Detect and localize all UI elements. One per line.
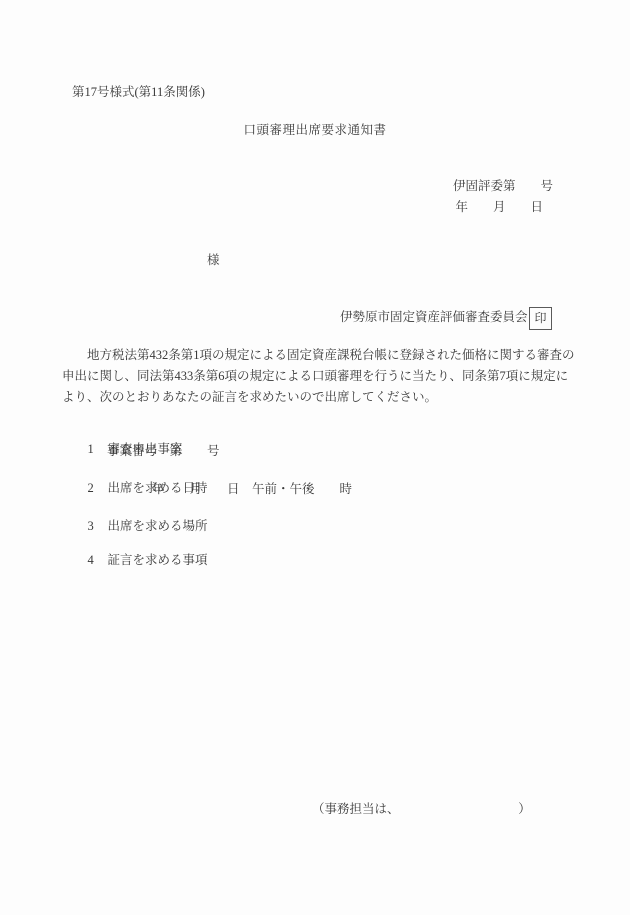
seal-placeholder: 印: [529, 307, 552, 330]
item-4-label: 証言を求める事項: [108, 553, 208, 567]
item-1-number: 1: [88, 442, 108, 457]
case-number-line: 事案番号 第 号: [107, 444, 220, 458]
body-line-2: 申出に関し、同法第433条第6項の規定による口頭審理を行うに当たり、同条第7項に…: [62, 366, 577, 387]
body-paragraph: 地方税法第432条第1項の規定による固定資産課税台帳に登録された価格に関する審査…: [62, 345, 577, 408]
item-4-number: 4: [88, 553, 108, 568]
body-line-3: より、次のとおりあなたの証言を求めたいので出席してください。: [62, 387, 577, 408]
date-line: 年 月 日: [455, 200, 543, 214]
item-3-number: 3: [88, 519, 108, 534]
body-line-1: 地方税法第432条第1項の規定による固定資産課税台帳に登録された価格に関する審査…: [62, 345, 577, 366]
footer-clerk-note: （事務担当は、 ）: [312, 802, 531, 816]
issuer-committee-name: 伊勢原市固定資産評価審査委員会: [340, 310, 528, 324]
item-3-label: 出席を求める場所: [108, 519, 208, 533]
form-number: 第17号様式(第11条関係): [72, 85, 205, 99]
list-item-4: 4証言を求める事項: [75, 535, 208, 583]
reference-number-line: 伊固評委第 号: [453, 179, 553, 193]
document-title: 口頭審理出席要求通知書: [0, 123, 630, 137]
item-2-number: 2: [88, 481, 108, 496]
seal-label: 印: [534, 311, 546, 325]
addressee-honorific: 様: [207, 253, 220, 267]
datetime-blank-line: 年 月 日 午前・午後 時: [152, 482, 352, 496]
document-page: 第17号様式(第11条関係) 口頭審理出席要求通知書 伊固評委第 号 年 月 日…: [0, 0, 630, 915]
